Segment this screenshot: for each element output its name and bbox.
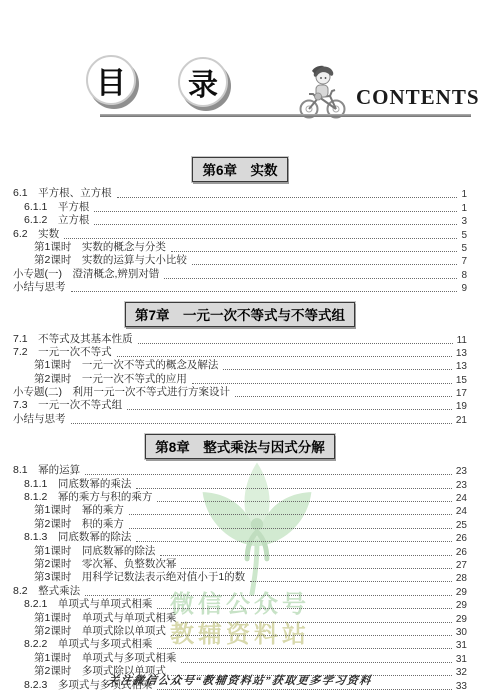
dotted-leader <box>157 648 452 649</box>
toc-entry-label: 小结与思考 <box>13 279 66 294</box>
toc-entry-page: 1 <box>461 203 467 214</box>
toc-entry-page: 31 <box>456 654 467 665</box>
toc-entry-label: 小结与思考 <box>13 411 66 426</box>
toc-entry-page: 24 <box>456 493 467 504</box>
toc-entry: 小结与思考21 <box>13 412 467 425</box>
toc-entry: 第3课时 用科学记数法表示绝对值小于1的数28 <box>13 571 467 584</box>
toc-entry-page: 27 <box>456 560 467 571</box>
dotted-leader <box>171 251 458 252</box>
title-circle-mu: 目 <box>86 55 136 105</box>
dotted-leader <box>192 383 452 384</box>
title-char-right: 录 <box>188 60 218 104</box>
toc-entry: 小专题(一) 澄清概念,辨别对错8 <box>13 267 467 280</box>
toc-entry-page: 28 <box>456 573 467 584</box>
footer-note: 关注微信公众号“教辅资料站”获取更多学习资料 <box>0 672 480 688</box>
toc-entry-page: 3 <box>461 216 467 227</box>
toc-entry-page: 26 <box>456 547 467 558</box>
toc-entry: 7.3 一元一次不等式组19 <box>13 399 467 412</box>
toc-entry-page: 13 <box>456 361 467 372</box>
toc-entry-page: 30 <box>456 627 467 638</box>
toc-entry-page: 9 <box>461 283 467 294</box>
toc-entry-page: 1 <box>461 189 467 200</box>
toc-entry-page: 31 <box>456 640 467 651</box>
dotted-leader <box>223 369 452 370</box>
dotted-leader <box>94 224 457 225</box>
dotted-leader <box>181 662 452 663</box>
chapter-heading: 第8章 整式乘法与因式分解 <box>145 434 335 459</box>
dotted-leader <box>171 635 452 636</box>
dotted-leader <box>136 488 452 489</box>
dotted-leader <box>136 541 452 542</box>
dotted-leader <box>127 409 452 410</box>
dotted-leader <box>138 343 453 344</box>
dotted-leader <box>85 474 452 475</box>
toc-entry-page: 29 <box>456 614 467 625</box>
dotted-leader <box>235 396 452 397</box>
toc-entry-page: 15 <box>456 375 467 386</box>
dotted-leader <box>250 581 452 582</box>
toc-entry-page: 23 <box>456 480 467 491</box>
dotted-leader <box>71 291 458 292</box>
dotted-leader <box>129 514 452 515</box>
header-rule <box>100 114 471 117</box>
contents-label: CONTENTS <box>356 85 480 110</box>
toc-entry: 小结与思考9 <box>13 281 467 294</box>
toc-entry-page: 19 <box>456 401 467 412</box>
dotted-leader <box>181 622 452 623</box>
dotted-leader <box>157 689 452 690</box>
dotted-leader <box>157 501 452 502</box>
toc-entry-page: 7 <box>461 256 467 267</box>
chapter-heading: 第6章 实数 <box>192 157 287 182</box>
cyclist-illustration <box>296 63 350 119</box>
dotted-leader <box>164 278 457 279</box>
toc-entry-page: 11 <box>457 335 467 346</box>
toc-entry-page: 8 <box>461 270 467 281</box>
toc-entry-page: 29 <box>456 600 467 611</box>
dotted-leader <box>157 608 452 609</box>
dotted-leader <box>117 197 458 198</box>
toc: 第6章 实数6.1 平方根、立方根16.1.1 平方根16.1.2 立方根36.… <box>13 157 467 691</box>
toc-entry-page: 24 <box>456 506 467 517</box>
toc-entry-page: 17 <box>456 388 467 399</box>
dotted-leader <box>160 555 452 556</box>
toc-entry-page: 21 <box>456 415 467 426</box>
title-char-left: 目 <box>96 58 126 102</box>
toc-entry-page: 26 <box>456 533 467 544</box>
toc-entry-page: 25 <box>456 520 467 531</box>
toc-entry-page: 29 <box>456 587 467 598</box>
dotted-leader <box>129 528 452 529</box>
toc-entry-page: 13 <box>456 348 467 359</box>
title-circle-lu: 录 <box>178 57 228 107</box>
chapter-heading: 第7章 一元一次不等式与不等式组 <box>125 302 355 327</box>
toc-entry-page: 5 <box>461 243 467 254</box>
dotted-leader <box>192 264 458 265</box>
toc-entry-page: 23 <box>456 466 467 477</box>
dotted-leader <box>71 423 452 424</box>
toc-entry: 6.1.2 立方根3 <box>13 214 467 227</box>
dotted-leader <box>94 211 457 212</box>
toc-entry-page: 5 <box>461 230 467 241</box>
